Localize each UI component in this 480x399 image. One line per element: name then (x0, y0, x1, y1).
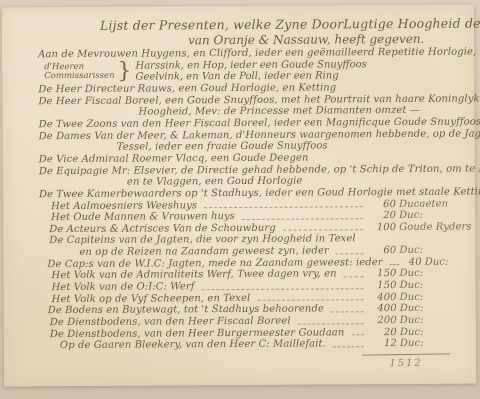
entry-text: Het Volk van de Admiraliteits Werf, Twee… (51, 269, 336, 282)
entry-amount: 20 (371, 327, 397, 339)
dotted-leader (257, 300, 363, 302)
entry-unit: Duc: (397, 338, 460, 350)
dotted-leader (351, 335, 363, 336)
bracket-labels: d'HeerenCommissarissen (44, 63, 114, 82)
entry-amount: 60 (370, 199, 396, 211)
entry-unit: Goude Ryders (396, 221, 459, 233)
entry-amount: 200 (371, 315, 397, 327)
entry-row: Op de Gaaren Bleekery, van den Heer C: M… (40, 338, 460, 352)
dotted-leader (344, 276, 364, 277)
entry-amount: 400 (371, 303, 397, 315)
entry-unit: Duc: (396, 210, 459, 222)
bracket-items: Harssink, en Hop, ieder een Goude Snuyff… (135, 59, 366, 83)
entry-unit: Duc: (397, 326, 460, 338)
entry-unit: Duc: (396, 245, 459, 257)
dotted-leader (283, 230, 363, 231)
entry-amount: 60 (370, 245, 396, 257)
document-title-line2: van Oranje & Nassauw, heeft gegeven. (188, 32, 458, 49)
entry-text: Het Aalmoesniers Weeshuys (51, 200, 197, 213)
entry-unit: Duc: (397, 291, 460, 303)
dotted-leader (242, 218, 363, 220)
entry-amount: 100 (370, 222, 396, 234)
manuscript-content: Lijst der Presenten, welke Zyne DoorLugt… (38, 15, 460, 372)
entry-unit: Duc: (422, 256, 460, 268)
entry-unit: Duc: (396, 268, 459, 280)
entry-unit: Duc: (397, 315, 460, 327)
dotted-leader (298, 323, 364, 324)
entry-text: Op de Gaaren Bleekery, van den Heer C: M… (60, 339, 326, 352)
entry-unit: Ducaeten (396, 198, 459, 210)
dotted-leader (202, 288, 364, 290)
bracket-item-line: Geelvink, en Van de Poll, ieder een Ring (136, 71, 367, 84)
entry-amount: 150 (370, 268, 396, 280)
entry-amount: 20 (370, 210, 396, 222)
bracket-group: d'HeerenCommissarissen}Harssink, en Hop,… (38, 58, 458, 84)
bracket-brace: } (117, 61, 131, 83)
entry-amount: 150 (371, 280, 397, 292)
entry-unit: Duc: (397, 303, 460, 315)
entry-unit: Duc: (397, 280, 460, 292)
bracket-label-line: Commissarissen (44, 72, 114, 82)
manuscript-paper: Lijst der Presenten, welke Zyne DoorLugt… (2, 5, 476, 387)
dotted-leader (331, 311, 364, 312)
entry-amount: 12 (371, 338, 397, 350)
manuscript-body: Aan de Mevrouwen Huygens, en Clifford, i… (38, 47, 460, 353)
dotted-leader (336, 253, 364, 254)
dotted-leader (390, 264, 400, 265)
entry-amount: 400 (371, 292, 397, 304)
dotted-leader (204, 206, 363, 208)
dotted-leader (333, 346, 364, 347)
manuscript-photo: Lijst der Presenten, welke Zyne DoorLugt… (0, 0, 480, 399)
entry-amount: 40 (407, 257, 422, 269)
total-amount: 1512 (362, 353, 450, 369)
document-title-line1: Lijst der Presenten, welke Zyne DoorLugt… (100, 15, 458, 34)
entry-text: Het Volk van de O:I:C: Werf (52, 281, 195, 294)
